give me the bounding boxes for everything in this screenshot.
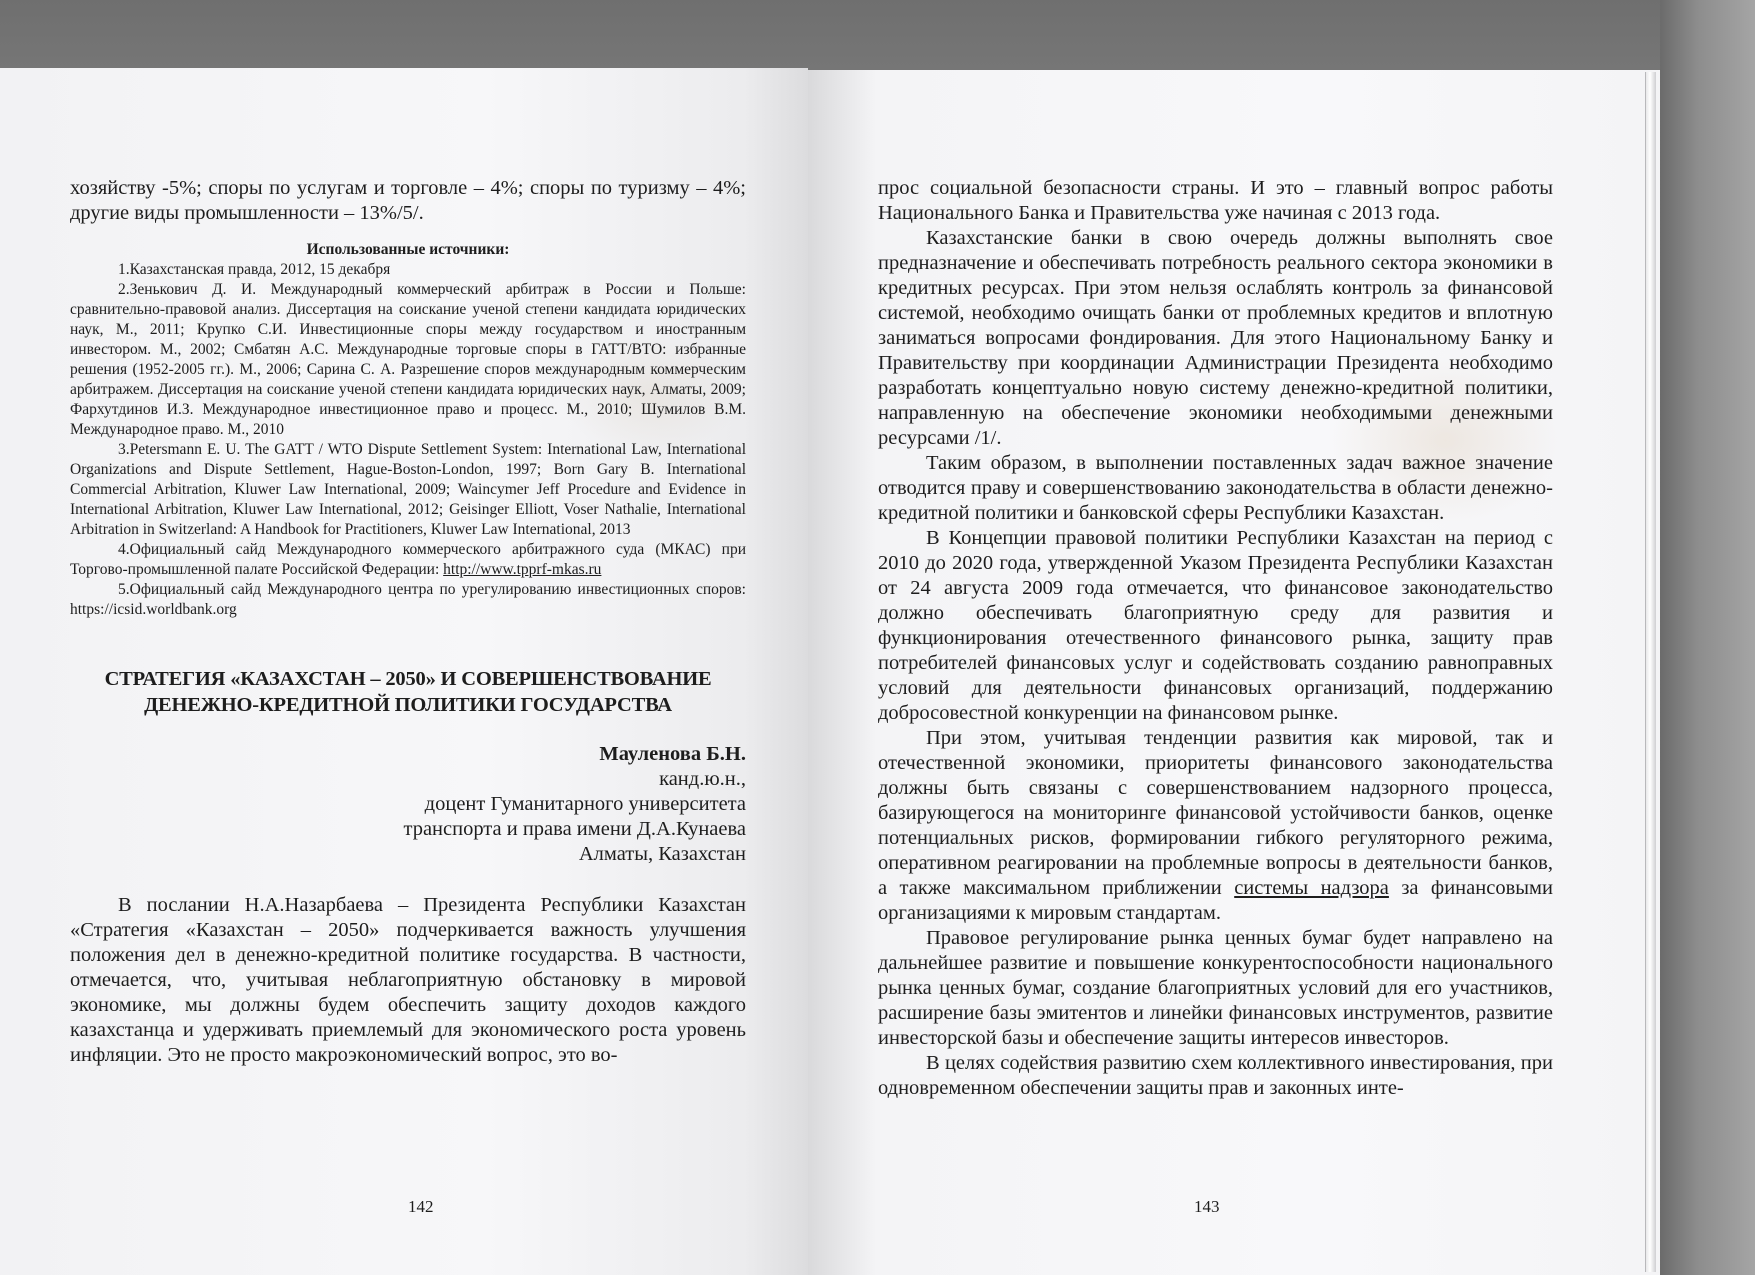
page-number-right: 143	[1194, 1197, 1220, 1217]
references-title: Использованные источники:	[70, 240, 746, 260]
article-paragraph: В целях содействия развитию схем коллект…	[878, 1051, 1553, 1101]
reference-item: 2.Зенькович Д. И. Международный коммерче…	[70, 280, 746, 440]
page-number-left: 142	[408, 1197, 434, 1217]
author-position: доцент Гуманитарного университета	[70, 792, 746, 817]
author-location: Алматы, Казахстан	[70, 842, 746, 867]
continuation-text: прос социальной безопасности страны. И э…	[878, 176, 1553, 226]
left-page-content: хозяйству -5%; споры по услугам и торгов…	[70, 176, 746, 1068]
article-paragraph: В Концепции правовой политики Республики…	[878, 526, 1553, 726]
paragraph-text: При этом, учитывая тенденции развития ка…	[878, 727, 1553, 899]
reference-item: 4.Официальный сайд Международного коммер…	[70, 540, 746, 580]
reference-item: 1.Казахстанская правда, 2012, 15 декабря	[70, 260, 746, 280]
reference-link[interactable]: http://www.tpprf-mkas.ru	[443, 561, 601, 578]
right-page-content: прос социальной безопасности страны. И э…	[878, 176, 1553, 1101]
reference-text: 4.Официальный сайд Международного коммер…	[70, 541, 746, 578]
author-name: Мауленова Б.Н.	[70, 742, 746, 767]
article-title-line-1: СТРАТЕГИЯ «КАЗАХСТАН – 2050» И СОВЕРШЕНС…	[70, 666, 746, 692]
underlined-phrase: системы надзора	[1234, 877, 1389, 899]
author-degree: канд.ю.н.,	[70, 767, 746, 792]
article-paragraph: Таким образом, в выполнении поставленных…	[878, 451, 1553, 526]
scanner-background	[1660, 0, 1755, 1275]
opening-text: хозяйству -5%; споры по услугам и торгов…	[70, 176, 746, 226]
article-paragraph: В послании Н.А.Назарбаева – Президента Р…	[70, 893, 746, 1068]
reference-item: 3.Petersmann E. U. The GATT / WTO Disput…	[70, 440, 746, 540]
reference-item: 5.Официальный сайд Международного центра…	[70, 580, 746, 620]
article-title-line-2: ДЕНЕЖНО-КРЕДИТНОЙ ПОЛИТИКИ ГОСУДАРСТВА	[70, 692, 746, 718]
article-paragraph: При этом, учитывая тенденции развития ка…	[878, 726, 1553, 926]
page-edges	[1645, 72, 1656, 1272]
author-institution: транспорта и права имени Д.А.Кунаева	[70, 817, 746, 842]
author-block: Мауленова Б.Н. канд.ю.н., доцент Гуманит…	[70, 742, 746, 867]
article-paragraph: Правовое регулирование рынка ценных бума…	[878, 926, 1553, 1051]
article-paragraph: Казахстанские банки в свою очередь должн…	[878, 226, 1553, 451]
